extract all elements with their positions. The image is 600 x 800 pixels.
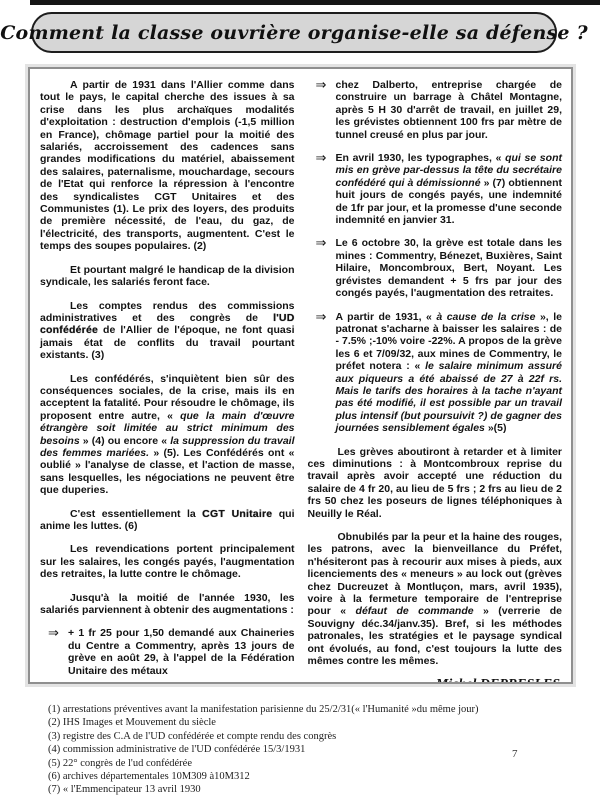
arrow-list-item: ⇒chez Dalberto, entreprise chargée de co…	[308, 79, 563, 141]
footnote: (6) archives départementales 10M309 à10M…	[48, 770, 570, 783]
double-arrow-icon: ⇒	[316, 237, 336, 299]
body-text: Les comptes rendus des commissions admin…	[40, 300, 295, 324]
article-body-box: A partir de 1931 dans l'Allier comme dan…	[28, 67, 573, 684]
arrow-item-text: chez Dalberto, entreprise chargée de con…	[336, 79, 563, 141]
title-banner: Comment la classe ouvrière organise-elle…	[31, 12, 557, 53]
double-arrow-icon: ⇒	[316, 152, 336, 226]
footnote: (7) « l'Emmencipateur 13 avril 1930	[48, 783, 570, 796]
body-text: Les grèves aboutiront à retarder et à li…	[308, 446, 563, 520]
double-arrow-icon: ⇒	[48, 627, 68, 677]
document-page: Comment la classe ouvrière organise-elle…	[0, 0, 600, 800]
paragraph: A partir de 1931 dans l'Allier comme dan…	[40, 79, 295, 253]
footnote: (3) registre des C.A de l'UD confédérée …	[48, 730, 570, 743]
body-text: En avril 1930, les typographes, «	[336, 152, 506, 164]
paragraph: Les confédérés, s'inquiètent bien sûr de…	[40, 373, 295, 497]
arrow-item-text: A partir de 1931, « à cause de la crise …	[336, 311, 563, 435]
paragraph: Obnubilés par la peur et la haine des ro…	[308, 531, 563, 667]
page-number: 7	[512, 748, 518, 760]
body-text: Les revendications portent principalemen…	[40, 543, 295, 580]
arrow-list-item: ⇒+ 1 fr 25 pour 1,50 demandé aux Chainer…	[40, 627, 295, 677]
bold-text: CGT Unitaire	[202, 508, 272, 520]
right-column: ⇒chez Dalberto, entreprise chargée de co…	[308, 79, 563, 684]
italic-quote: défaut de commande	[356, 605, 474, 617]
arrow-item-text: Le 6 octobre 30, la grève est totale dan…	[336, 237, 563, 299]
body-text: A partir de 1931 dans l'Allier comme dan…	[40, 79, 295, 252]
footnote: (1) arrestations préventives avant la ma…	[48, 703, 570, 716]
paragraph: Les grèves aboutiront à retarder et à li…	[308, 446, 563, 520]
body-text: »(5)	[485, 422, 507, 434]
top-decorative-bar	[30, 0, 600, 5]
double-arrow-icon: ⇒	[316, 311, 336, 435]
footnote: (2) IHS Images et Mouvement du siècle	[48, 716, 570, 729]
paragraph: Jusqu'à la moitié de l'année 1930, les s…	[40, 592, 295, 617]
paragraph: Et pourtant malgré le handicap de la div…	[40, 264, 295, 289]
paragraph: Les comptes rendus des commissions admin…	[40, 300, 295, 362]
paragraph: Les revendications portent principalemen…	[40, 543, 295, 580]
body-text: C'est essentiellement la	[70, 508, 202, 520]
body-text: Jusqu'à la moitié de l'année 1930, les s…	[40, 592, 295, 616]
author-signature: Michel DEPRESLES	[308, 679, 563, 684]
body-text: » (4) ou encore «	[80, 435, 171, 447]
double-arrow-icon: ⇒	[316, 79, 336, 141]
paragraph: C'est essentiellement la CGT Unitaire qu…	[40, 508, 295, 533]
arrow-list-item: ⇒En avril 1930, les typographes, « qui s…	[308, 152, 563, 226]
page-title: Comment la classe ouvrière organise-elle…	[0, 22, 588, 44]
left-column: A partir de 1931 dans l'Allier comme dan…	[40, 79, 295, 684]
footnote: (4) commission administrative de l'UD co…	[48, 743, 570, 756]
body-text: Le 6 octobre 30, la grève est totale dan…	[336, 237, 563, 299]
body-text: chez Dalberto, entreprise chargée de con…	[336, 79, 563, 141]
footnote-list: (1) arrestations préventives avant la ma…	[48, 703, 570, 797]
arrow-item-text: En avril 1930, les typographes, « qui se…	[336, 152, 563, 226]
body-text: Et pourtant malgré le handicap de la div…	[40, 264, 295, 288]
italic-quote: à cause de la crise	[436, 311, 535, 323]
footnote: (5) 22° congrès de l'ud confédérée	[48, 757, 570, 770]
arrow-list-item: ⇒Le 6 octobre 30, la grève est totale da…	[308, 237, 563, 299]
two-column-layout: A partir de 1931 dans l'Allier comme dan…	[40, 79, 562, 684]
body-text: + 1 fr 25 pour 1,50 demandé aux Chaineri…	[68, 627, 295, 676]
arrow-list-item: ⇒A partir de 1931, « à cause de la crise…	[308, 311, 563, 435]
body-text: A partir de 1931, «	[336, 311, 437, 323]
arrow-item-text: + 1 fr 25 pour 1,50 demandé aux Chaineri…	[68, 627, 295, 677]
